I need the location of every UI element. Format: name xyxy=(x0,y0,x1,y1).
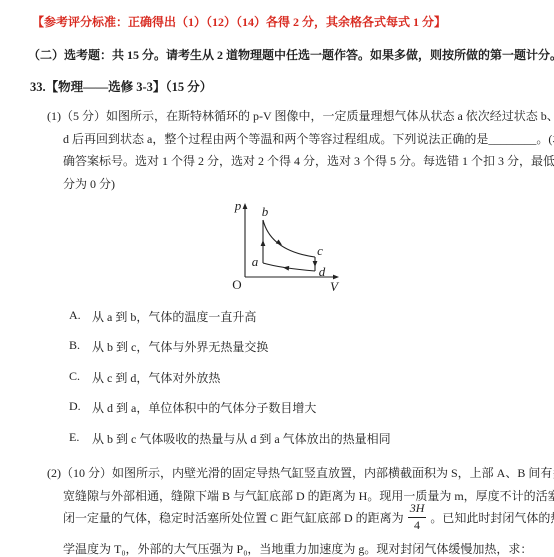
option-text: 从 b 到 c，气体与外界无热量交换 xyxy=(92,338,268,355)
part2-fraction-line: 闭一定量的气体，稳定时活塞所处位置 C 距气缸底部 D 的距离为 3H 4 。已… xyxy=(63,501,554,533)
v-axis-label: V xyxy=(330,279,340,294)
section-intro: （二）选考题：共 15 分。请考生从 2 道物理题中任选一题作答。如果多做，则按… xyxy=(28,46,554,63)
part1-line: 分为 0 分) xyxy=(63,173,554,196)
point-label-c: c xyxy=(317,243,323,258)
option-row-d: D. 从 d 到 a，单位体积中的气体分子数目增大 xyxy=(69,394,391,424)
options-list: A. 从 a 到 b，气体的温度一直升高 B. 从 b 到 c，气体与外界无热量… xyxy=(69,303,391,455)
ab-arrow-icon xyxy=(261,240,266,246)
option-row-b: B. 从 b 到 c，气体与外界无热量交换 xyxy=(69,333,391,363)
fraction-line-post: 。已知此时封闭气体的热力 xyxy=(430,509,554,526)
cd-arrow-icon xyxy=(313,261,318,267)
part1-line: (1)（5 分）如图所示，在斯特林循环的 p-V 图像中，一定质量理想气体从状态… xyxy=(47,105,554,128)
option-row-c: C. 从 c 到 d，气体对外放热 xyxy=(69,364,391,394)
part2-line: (2)（10 分）如图所示，内壁光滑的固定导热气缸竖直放置，内部横截面积为 S，… xyxy=(47,464,554,481)
part1-paragraph: (1)（5 分）如图所示，在斯特林循环的 p-V 图像中，一定质量理想气体从状态… xyxy=(63,105,554,195)
option-key: D. xyxy=(69,399,92,414)
option-text: 从 a 到 b，气体的温度一直升高 xyxy=(92,308,256,325)
fraction-3H-over-4: 3H 4 xyxy=(408,502,427,531)
point-label-b: b xyxy=(262,204,269,219)
option-text: 从 d 到 a，单位体积中的气体分子数目增大 xyxy=(92,399,316,416)
origin-label: O xyxy=(232,277,241,292)
part1-line: d 后再回到状态 a，整个过程由两个等温和两个等容过程组成。下列说法正确的是__… xyxy=(63,128,554,151)
option-key: C. xyxy=(69,369,92,384)
option-text: 从 c 到 d，气体对外放热 xyxy=(92,369,220,386)
p-axis-label: p xyxy=(234,198,242,213)
grading-note: 【参考评分标准：正确得出（1）（12）（14）各得 2 分，其余格各式每式 1 … xyxy=(32,13,446,30)
fraction-line-pre: 闭一定量的气体，稳定时活塞所处位置 C 距气缸底部 D 的距离为 xyxy=(63,509,404,526)
option-text: 从 b 到 c 气体吸收的热量与从 d 到 a 气体放出的热量相同 xyxy=(92,430,391,447)
point-label-a: a xyxy=(252,254,259,269)
fraction-numerator: 3H xyxy=(408,502,427,517)
question-title: 33.【物理——选修 3-3】（15 分） xyxy=(30,77,212,95)
option-key: B. xyxy=(69,338,92,353)
exam-page: 【参考评分标准：正确得出（1）（12）（14）各得 2 分，其余格各式每式 1 … xyxy=(0,0,554,557)
isotherm-bc-curve xyxy=(263,220,315,257)
part2-line: 学温度为 T₀，外部的大气压强为 P₀，当地重力加速度为 g。现对封闭气体缓慢加… xyxy=(63,540,532,557)
part1-line: 确答案标号。选对 1 个得 2 分，选对 2 个得 4 分，选对 3 个得 5 … xyxy=(63,150,554,173)
da-arrow-icon xyxy=(283,265,290,270)
fraction-denominator: 4 xyxy=(414,518,420,532)
point-label-d: d xyxy=(319,264,326,279)
y-axis-arrow-icon xyxy=(243,203,248,209)
option-row-a: A. 从 a 到 b，气体的温度一直升高 xyxy=(69,303,391,333)
option-key: A. xyxy=(69,308,92,323)
pv-diagram: p V O a b c d xyxy=(222,196,348,296)
option-key: E. xyxy=(69,430,92,445)
option-row-e: E. 从 b 到 c 气体吸收的热量与从 d 到 a 气体放出的热量相同 xyxy=(69,425,391,455)
